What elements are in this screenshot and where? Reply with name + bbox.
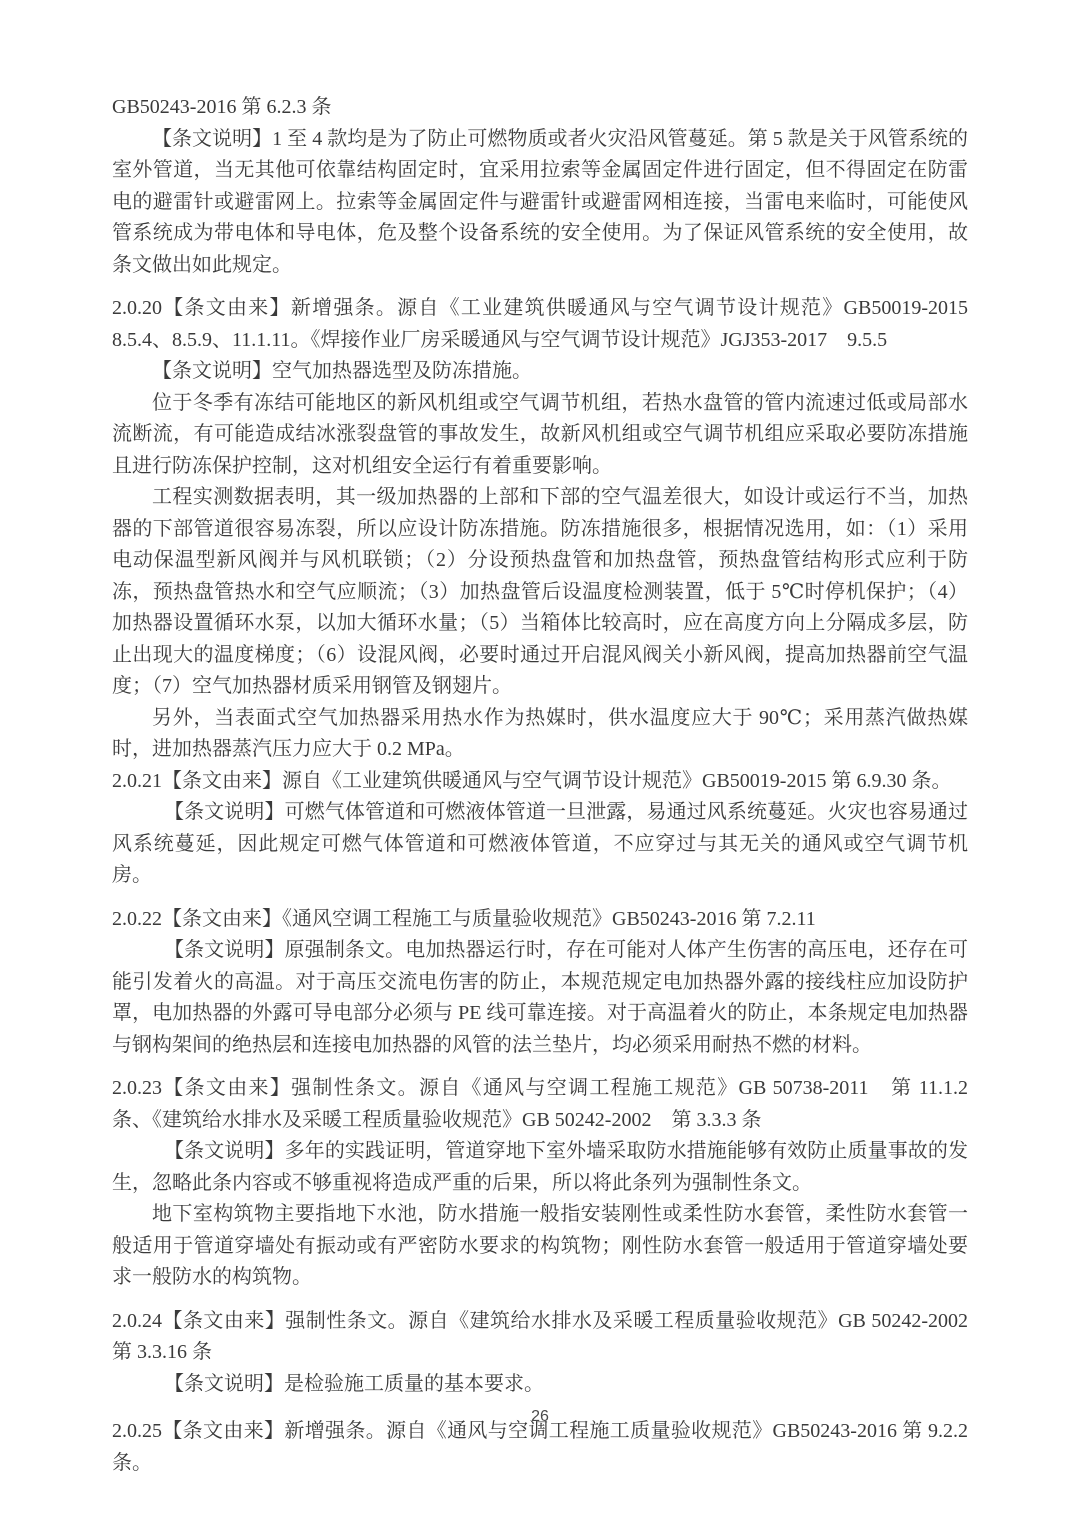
document-page-content: GB50243-2016 第 6.2.3 条 【条文说明】1 至 4 款均是为了… bbox=[112, 92, 968, 1479]
para-origin-2-0-21: 2.0.21【条文由来】源自《工业建筑供暖通风与空气调节设计规范》GB50019… bbox=[112, 766, 968, 798]
para-explanation-2-0-22: 【条文说明】原强制条文。电加热器运行时，存在可能对人体产生伤害的高压电，还存在可… bbox=[112, 935, 968, 1061]
para-explanation-6-2-3: 【条文说明】1 至 4 款均是为了防止可燃物质或者火灾沿风管蔓延。第 5 款是关… bbox=[112, 124, 968, 282]
para-freeze-risk: 位于冬季有冻结可能地区的新风机组或空气调节机组，若热水盘管的管内流速过低或局部水… bbox=[112, 388, 968, 483]
heading-gb50243-6-2-3: GB50243-2016 第 6.2.3 条 bbox=[112, 92, 968, 124]
para-explanation-2-0-21: 【条文说明】可燃气体管道和可燃液体管道一旦泄露，易通过风系统蔓延。火灾也容易通过… bbox=[112, 797, 968, 892]
para-explanation-2-0-20: 【条文说明】空气加热器选型及防冻措施。 bbox=[112, 356, 968, 388]
para-origin-2-0-24: 2.0.24【条文由来】强制性条文。源自《建筑给水排水及采暖工程质量验收规范》G… bbox=[112, 1306, 968, 1369]
para-explanation-2-0-24: 【条文说明】是检验施工质量的基本要求。 bbox=[112, 1369, 968, 1401]
para-freeze-measures: 工程实测数据表明，其一级加热器的上部和下部的空气温差很大，如设计或运行不当，加热… bbox=[112, 482, 968, 703]
para-hot-water-medium: 另外，当表面式空气加热器采用热水作为热媒时，供水温度应大于 90℃；采用蒸汽做热… bbox=[112, 703, 968, 766]
para-explanation-2-0-23: 【条文说明】多年的实践证明，管道穿地下室外墙采取防水措施能够有效防止质量事故的发… bbox=[112, 1136, 968, 1199]
page-number: 26 bbox=[0, 1408, 1080, 1426]
para-basement-structures: 地下室构筑物主要指地下水池，防水措施一般指安装刚性或柔性防水套管，柔性防水套管一… bbox=[112, 1199, 968, 1294]
para-origin-2-0-20: 2.0.20【条文由来】新增强条。源自《工业建筑供暖通风与空气调节设计规范》GB… bbox=[112, 293, 968, 356]
para-origin-2-0-23: 2.0.23【条文由来】强制性条文。源自《通风与空调工程施工规范》GB 5073… bbox=[112, 1073, 968, 1136]
para-origin-2-0-22: 2.0.22【条文由来】《通风空调工程施工与质量验收规范》GB50243-201… bbox=[112, 904, 968, 936]
